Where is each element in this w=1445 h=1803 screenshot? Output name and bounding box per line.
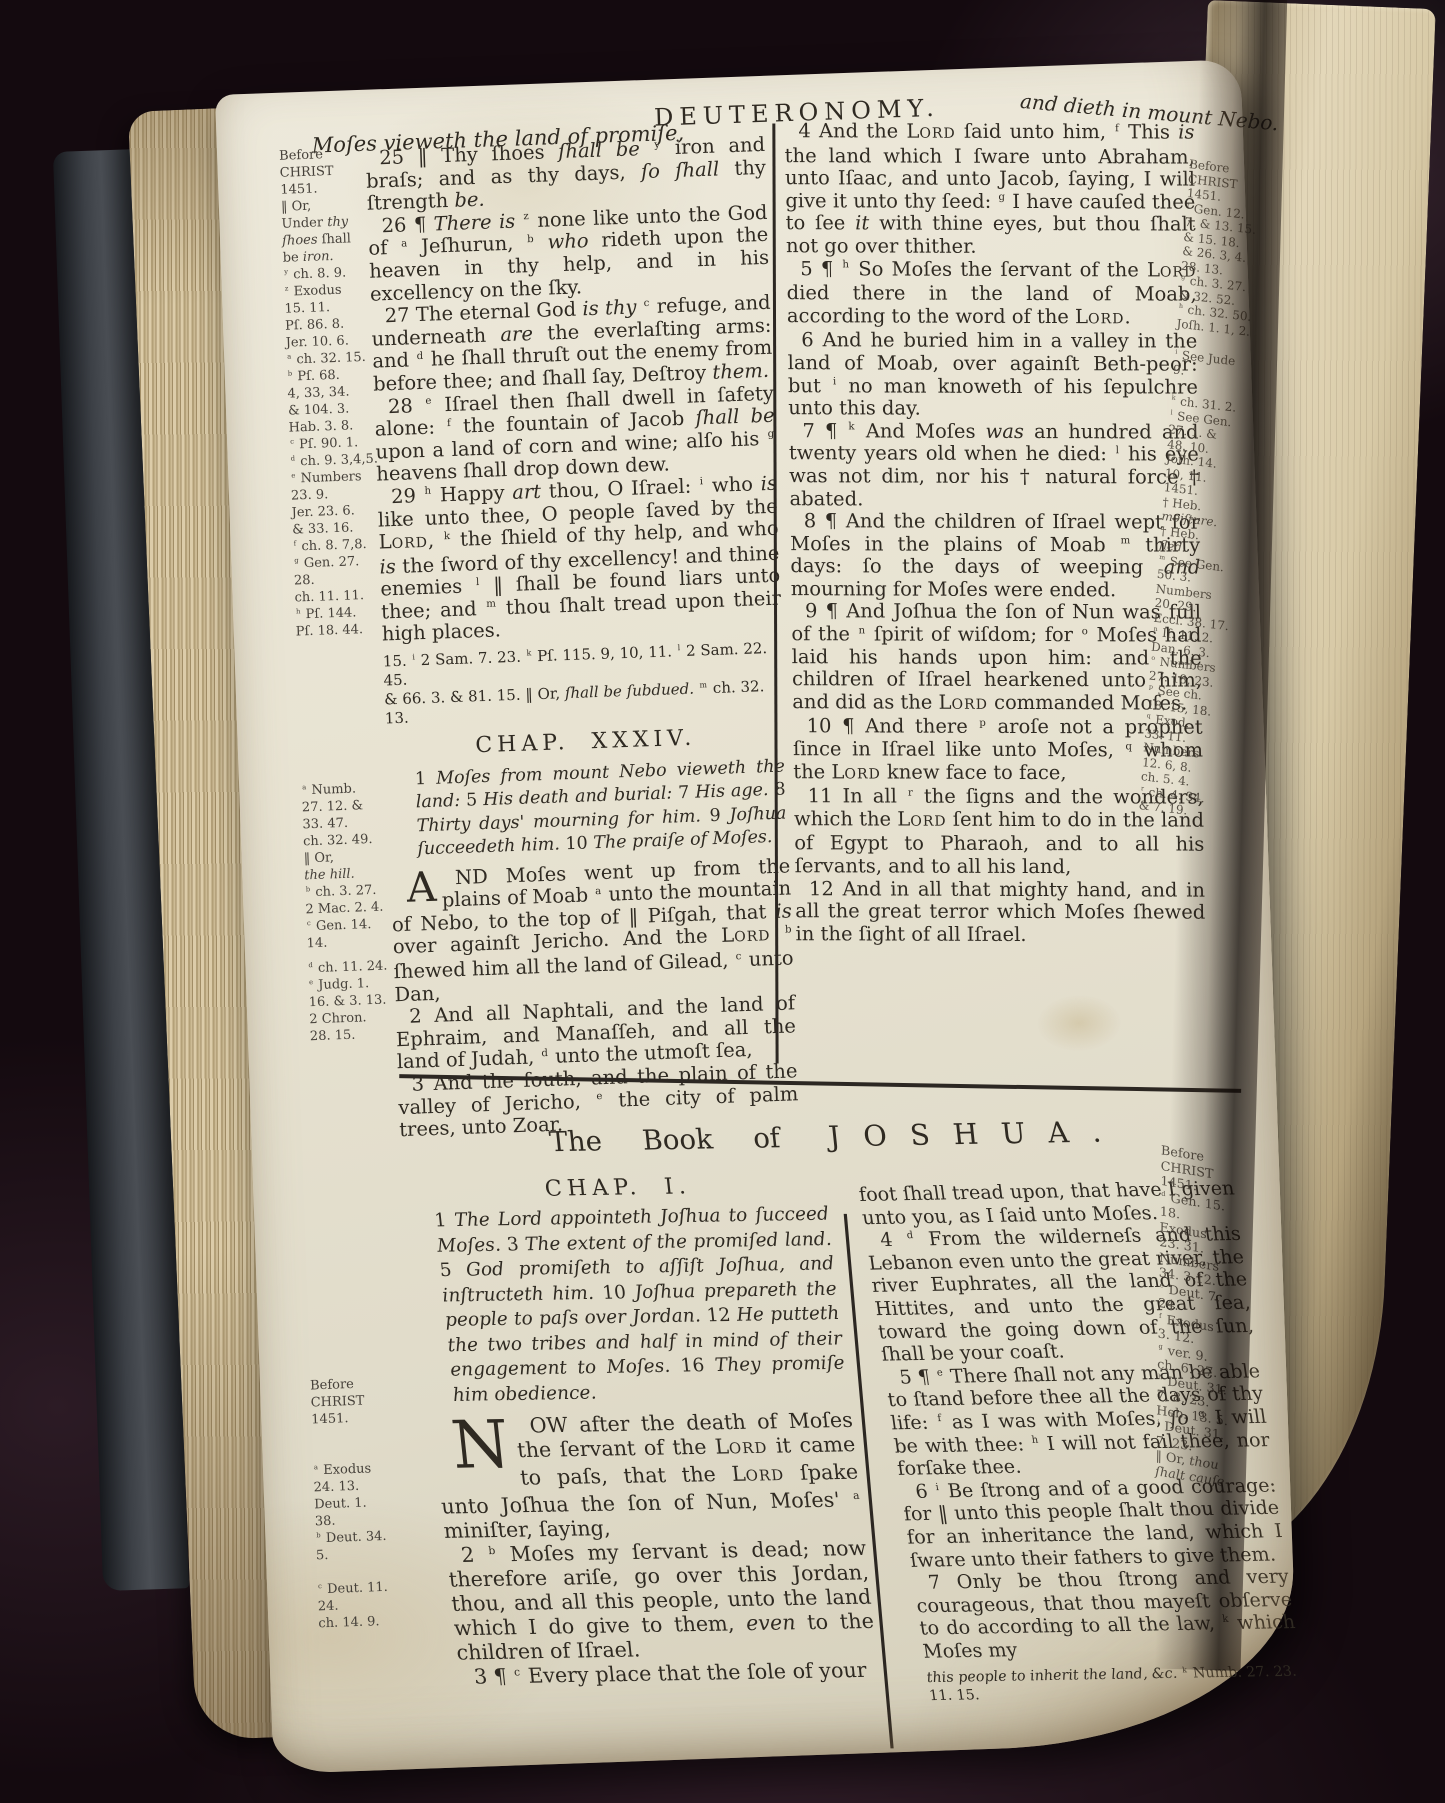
verse: 26 ¶ There is z none like unto the God o… xyxy=(367,202,770,306)
verse: 5 ¶ h So Moſes the ſervant of the LORD d… xyxy=(786,258,1197,331)
chapter-34-argument: 1 Moſes from mount Nebo vieweth the land… xyxy=(387,755,790,869)
drop-cap: A xyxy=(390,867,442,905)
deut-ch34-margin-notes-2: d ch. 11. 24.e Judg. 1.16. & 3. 13.2 Chr… xyxy=(307,957,396,1045)
book-title-name: JOSHUA. xyxy=(827,1116,1126,1154)
verse: 9 ¶ And Joſhua the ſon of Nun was full o… xyxy=(791,601,1203,717)
chapter-heading-1: CHAP. I. xyxy=(407,1172,829,1204)
verse: 4 And the LORD ſaid unto him, f This is … xyxy=(784,120,1196,259)
margin-note: 14. xyxy=(306,932,393,952)
bible-page: Moſes vieweth the land of promiſe, DEUTE… xyxy=(215,59,1299,1774)
verse: 28 e Iſrael then ſhall dwell in ſafety a… xyxy=(374,382,777,486)
margin-note: ch. 14. 9. xyxy=(318,1612,405,1632)
margin-note: d ch. 9. 3,4,5. xyxy=(290,451,377,471)
margin-note: f ch. 8. 7,8. xyxy=(293,536,380,556)
verse: 12 And in all that mighty hand, and in a… xyxy=(795,878,1206,947)
verse: 8 ¶ And the children of Iſrael wept for … xyxy=(790,510,1201,602)
verse: 6 And he buried him in a valley in the l… xyxy=(787,330,1198,422)
joshua-book-title: The Book ofJOSHUA. xyxy=(548,1116,1126,1159)
margin-note: a ch. 32. 15. xyxy=(286,349,373,369)
joshua-ch1-verses: NOW after the death of Moſes the ſervant… xyxy=(432,1408,881,1689)
deut-footnotes: 15. i 2 Sam. 7. 23. k Pſ. 115. 9, 10, 11… xyxy=(383,639,785,729)
joshua-footnotes: this people to inherit the land, &c. k N… xyxy=(926,1663,1306,1706)
deuteronomy-left-column: 25 ‖ Thy ſhoes ſhall be y iron and braſs… xyxy=(365,134,799,1142)
margin-note: d ch. 11. 24. xyxy=(307,957,394,977)
verse: AND Moſes went up from the plains of Moa… xyxy=(390,855,795,1006)
margin-note: 2 Mac. 2. 4. xyxy=(305,898,392,918)
deut-ch34-margin-notes: a Numb.27. 12. &33. 47.ch. 32. 49.‖ Or,t… xyxy=(301,779,393,952)
deut-ch34-verses: AND Moſes went up from the plains of Moa… xyxy=(390,855,799,1142)
verse: 7 ¶ k And Moſes was an hundred and twent… xyxy=(788,420,1199,512)
joshua-left-margin-notes: BeforeCHRIST1451.a Exodus24. 13.Deut. 1.… xyxy=(310,1374,405,1632)
verse: NOW after the death of Moſes the ſervant… xyxy=(432,1408,865,1543)
margin-note: 28. 15. xyxy=(310,1025,397,1045)
verse: 2 b Moſes my ſervant is dead; now theref… xyxy=(445,1536,877,1665)
deut-ch33-verses: 25 ‖ Thy ſhoes ſhall be y iron and braſs… xyxy=(365,134,782,647)
book-title-prefix: The Book of xyxy=(548,1123,782,1159)
joshua-left-column: CHAP. I. 1 The Lord appointeth Joſhua to… xyxy=(407,1172,880,1689)
deuteronomy-right-column: 4 And the LORD ſaid unto him, f This is … xyxy=(784,120,1206,947)
photo-of-open-bible: JoſhuaBeforeCHRIST1451.Deut. 5.& 28. 9.‖… xyxy=(0,0,1445,1803)
margin-note: 16. & 3. 13. xyxy=(308,991,395,1011)
margin-note: Pſ. 18. 44. xyxy=(295,621,382,641)
verse: 27 The eternal God is thy c refuge, and … xyxy=(370,292,773,396)
drop-cap: N xyxy=(432,1414,520,1473)
chapter-1-argument: 1 The Lord appointeth Joſhua to ſucceed … xyxy=(410,1203,851,1416)
chapter-heading-34: CHAP. XXXIV. xyxy=(386,725,787,762)
verse: 29 h Happy art thou, O Iſrael: i who is … xyxy=(377,473,782,647)
